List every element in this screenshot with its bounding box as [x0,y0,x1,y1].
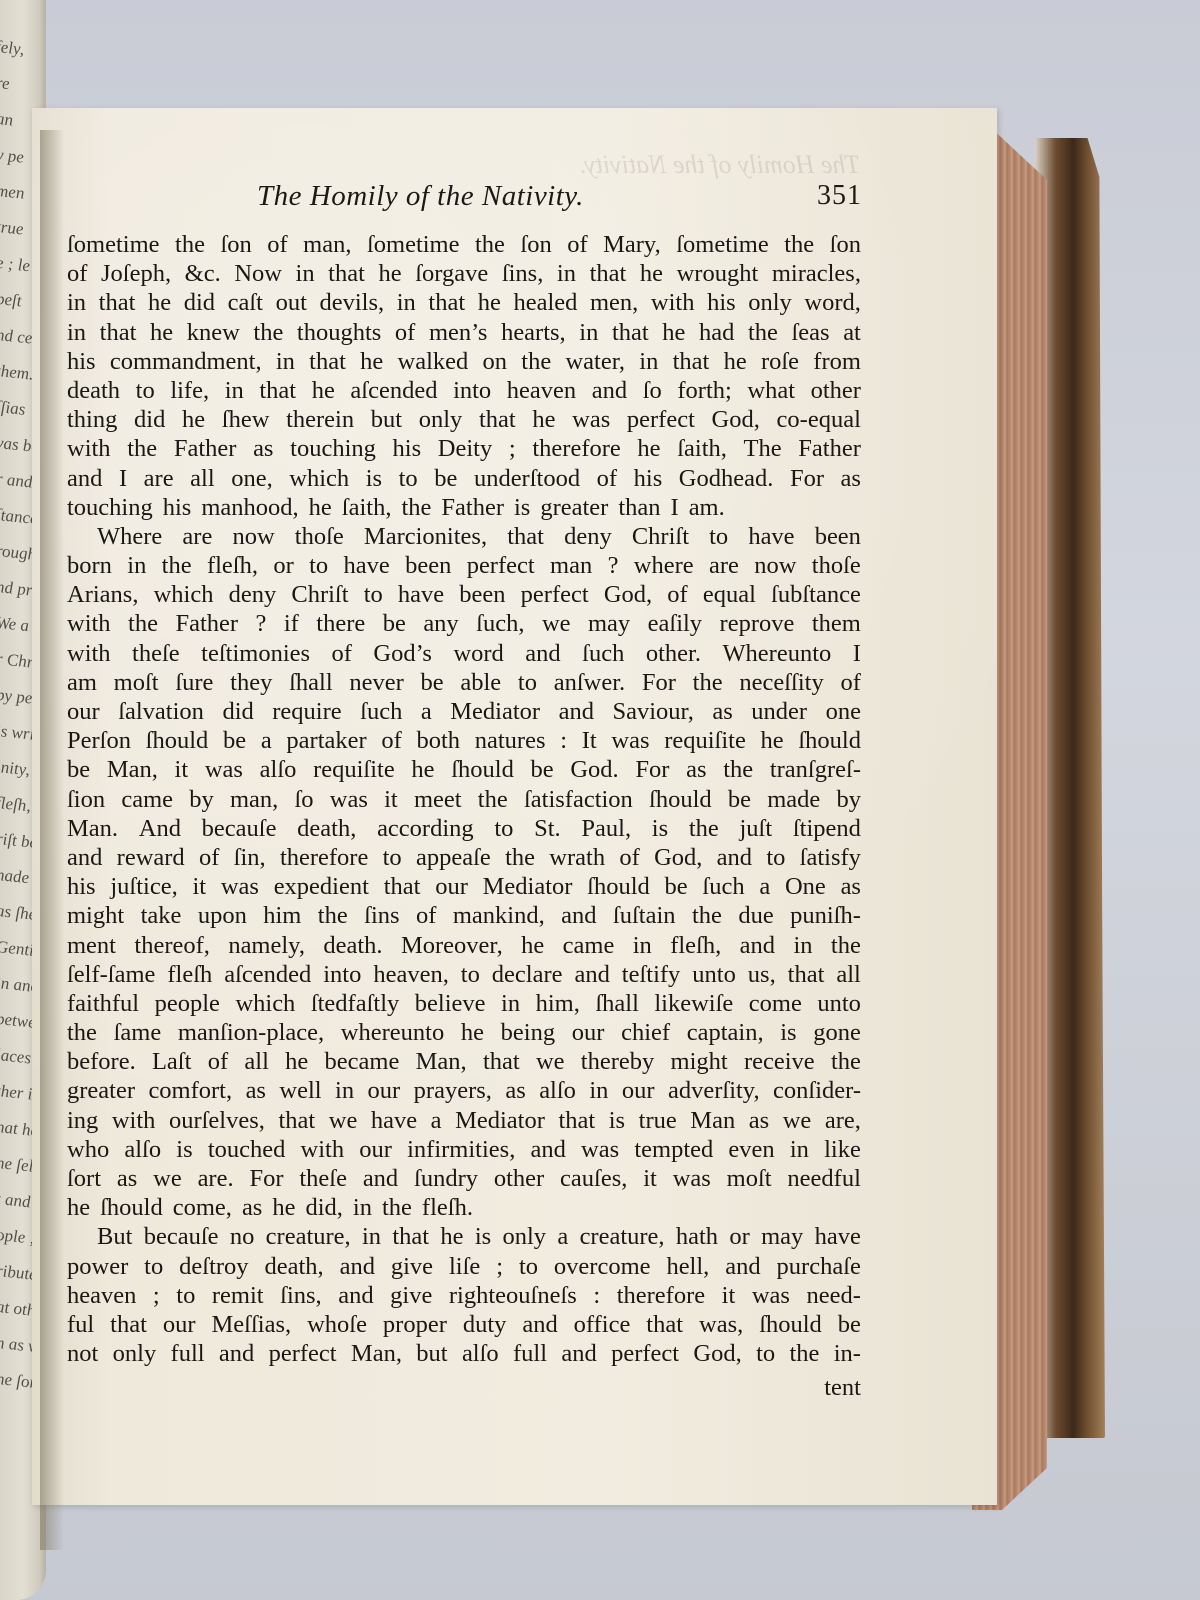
text-line: ſelf-ſamefleſhaſcendedintoheaven,todecla… [67,960,861,989]
text-line: borninthefleſh,ortohavebeenperfectman?wh… [67,551,861,580]
text-line: ſortasweare.Fortheſeandſundryothercauſes… [67,1164,861,1193]
text-line: withtheFatherastouchinghisDeity;therefor… [67,434,861,463]
show-through-text: The Homily of the Nativity. [260,150,860,180]
text-line: withtheFather?iftherebeanyſuch,wemayeaſi… [67,609,861,638]
text-line: Butbecauſenocreature,inthatheisonlyacrea… [67,1222,861,1251]
text-line: ofJoſeph,&c.Nowinthatheſorgaveſins,intha… [67,259,861,288]
text-line: Arians,whichdenyChriſttohavebeenperfectG… [67,580,861,609]
catchword: tent [67,1374,861,1402]
text-line: touchinghismanhood,heſaith,theFatherisgr… [67,493,861,522]
text-line: ſioncamebyman,ſowasitmeettheſatisfaction… [67,785,861,814]
text-line: andIareallone,whichistobeunderſtoodofhis… [67,464,861,493]
text-line: whoalſoistouchedwithourinfirmities,andwa… [67,1135,861,1164]
text-line: powertodeſtroydeath,andgiveliſe;tooverco… [67,1252,861,1281]
text-line: ſometimetheſonofman,ſometimetheſonofMary… [67,230,861,259]
text-line: andrewardofſin,thereforetoappeaſethewrat… [67,843,861,872]
text-line: deathtolife,inthatheaſcendedintoheavenan… [67,376,861,405]
text-line: ourſalvationdidrequireſuchaMediatorandSa… [67,697,861,726]
text-line: Man.Andbecauſedeath,accordingtoSt.Paul,i… [67,814,861,843]
text-line: ingwithourſelves,thatwehaveaMediatorthat… [67,1106,861,1135]
gutter-shadow [40,130,64,1550]
text-line: mighttakeuponhimtheſinsofmankind,andſuſt… [67,901,861,930]
text-line: fulthatourMeſſias,whoſeproperdutyandoffi… [67,1310,861,1339]
text-line: heſhouldcome,ashedid,inthefleſh. [67,1193,861,1222]
text-line: inthatheknewthethoughtsofmen’shearts,int… [67,318,861,347]
text-line: ammoſtſuretheyſhallneverbeabletoanſwer.F… [67,668,861,697]
running-head: The Homily of the Nativity. 351 [32,180,862,224]
text-line: withtheſeteſtimoniesofGod’swordandſuchot… [67,639,861,668]
text-line: faithfulpeoplewhichſtedfaſtlybelieveinhi… [67,989,861,1018]
text-line: before.LaſtofallhebecameMan,thatwethereb… [67,1047,861,1076]
text-line: beMan,itwasalſorequiſiteheſhouldbeGod.Fo… [67,755,861,784]
body-text: ſometimetheſonofman,ſometimetheſonofMary… [67,230,861,1368]
text-line: Perſonſhouldbeapartakerofbothnatures:Itw… [67,726,861,755]
text-line: hisjuſtice,itwasexpedientthatourMediator… [67,872,861,901]
text-line: notonlyfullandperfectMan,butalſofullandp… [67,1339,861,1368]
left-page-fragment: fely, [0,37,46,63]
text-line: inthathedidcaſtoutdevils,inthathehealedm… [67,288,861,317]
text-line: heaven;toremitſins,andgiverighteouſneſs:… [67,1281,861,1310]
text-line: WherearenowthoſeMarcionites,thatdenyChri… [67,522,861,551]
text-line: mentthereof,namely,death.Moreover,hecame… [67,931,861,960]
text-line: greatercomfort,aswellinourprayers,asalſo… [67,1076,861,1105]
text-line: theſamemanſion-place,whereuntohebeingour… [67,1018,861,1047]
text-line: hiscommandment,inthathewalkedonthewater,… [67,347,861,376]
running-title: The Homily of the Nativity. [257,180,584,213]
page-number: 351 [817,180,862,212]
left-page-fragment: re [0,73,46,99]
text-line: thingdidheſhewthereinbutonlythathewasper… [67,405,861,434]
